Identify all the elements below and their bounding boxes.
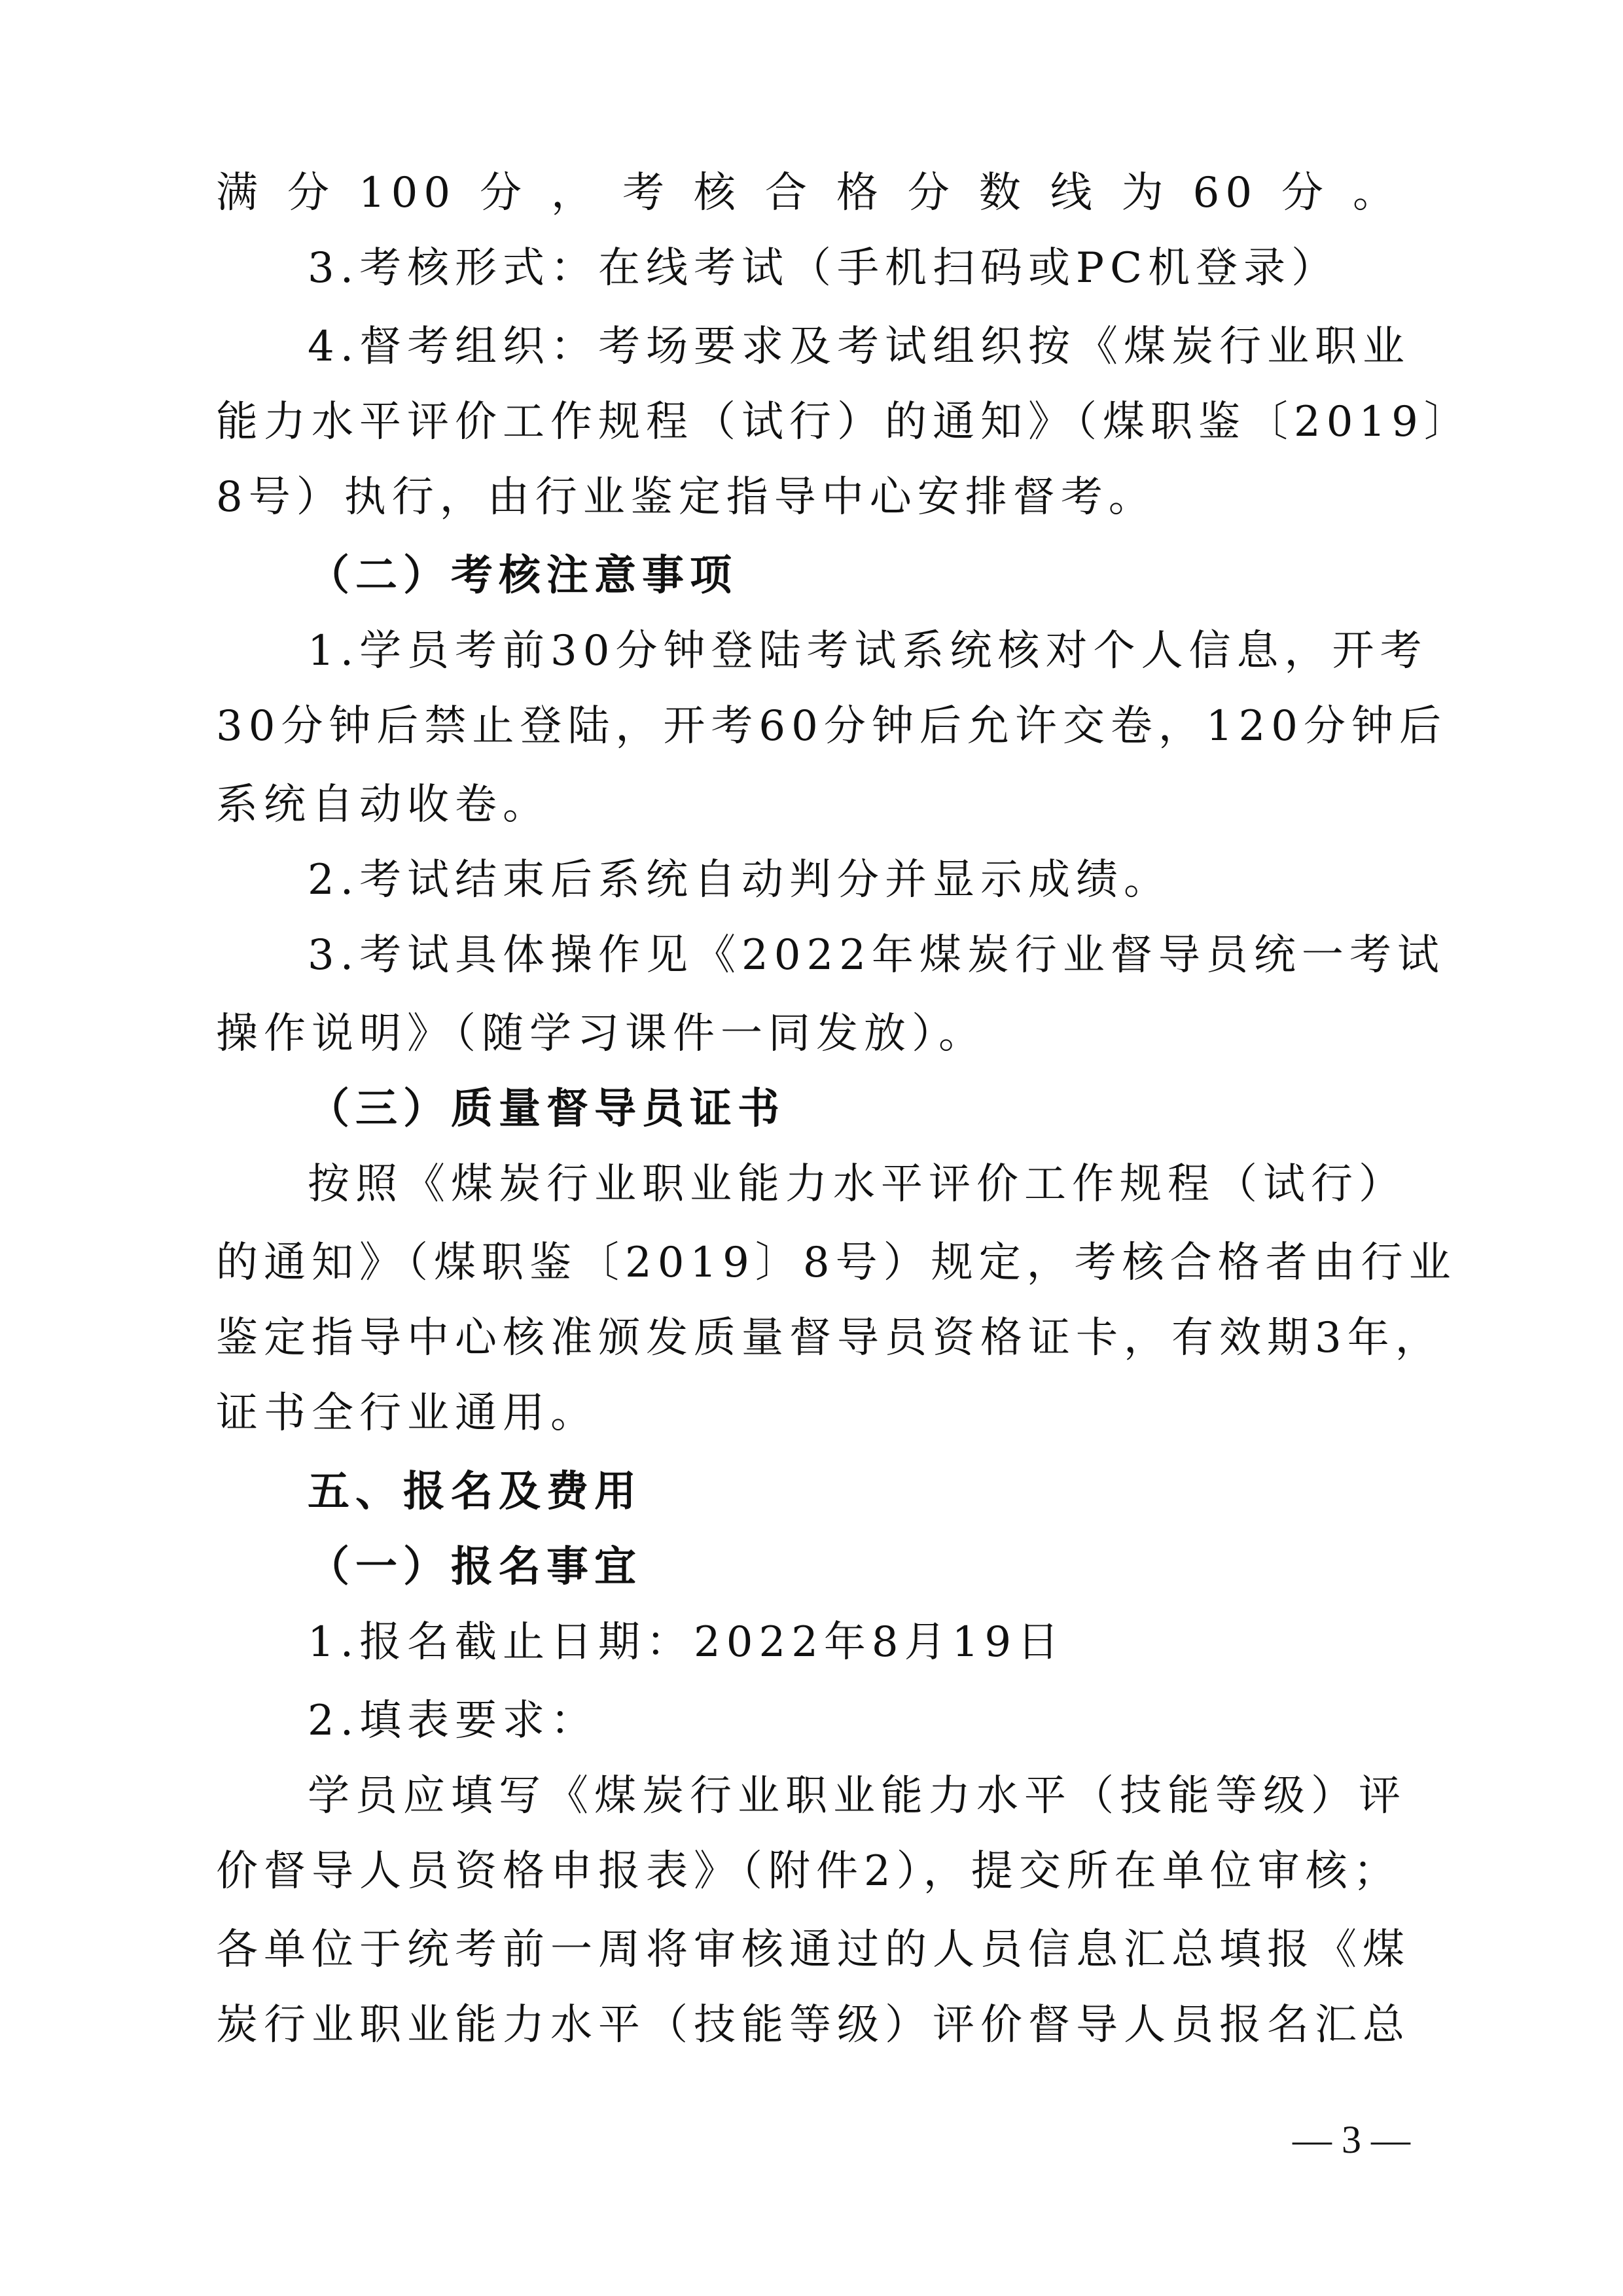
body-text-line: 学员应填写《煤炭行业职业能力水平（技能等级）评 [308, 1770, 1400, 1822]
body-text-line: 价督导人员资格申报表》（附件2），提交所在单位审核； [216, 1845, 1400, 1898]
body-text-line: 证书全行业通用。 [216, 1387, 598, 1439]
body-text-line: 8号）执行，由行业鉴定指导中心安排督考。 [216, 471, 1156, 523]
body-text-line: 炭行业职业能力水平（技能等级）评价督导人员报名汇总 [216, 1999, 1400, 2051]
list-item-operation-guide: 3.考试具体操作见《2022年煤炭行业督导员统一考试 [308, 929, 1445, 981]
body-text-line: 的通知》（煤职鉴〔2019〕8号）规定，考核合格者由行业 [216, 1237, 1400, 1289]
body-text-line: 各单位于统考前一周将审核通过的人员信息汇总填报《煤 [216, 1924, 1400, 1976]
section-heading-certificate: （三）质量督导员证书 [308, 1083, 785, 1135]
list-item-exam-format: 3.考核形式：在线考试（手机扫码或PC机登录） [308, 242, 1339, 294]
body-text-line: 操作说明》（随学习课件一同发放）。 [216, 1008, 986, 1060]
list-item-form-requirements: 2.填表要求： [308, 1695, 598, 1747]
section-heading-registration: （一）报名事宜 [308, 1541, 642, 1593]
body-text-line: 能力水平评价工作规程（试行）的通知》（煤职鉴〔2019〕 [216, 396, 1400, 448]
body-text-line: 30分钟后禁止登陆，开考60分钟后允许交卷，120分钟后 [216, 700, 1400, 752]
document-page: 满分100分，考核合格分数线为60分。 3.考核形式：在线考试（手机扫码或PC机… [0, 0, 1623, 2296]
body-text-line: 按照《煤炭行业职业能力水平评价工作规程（试行） [308, 1158, 1400, 1210]
chapter-heading-registration-fees: 五、报名及费用 [308, 1466, 642, 1518]
list-item-deadline: 1.报名截止日期：2022年8月19日 [308, 1616, 1065, 1669]
list-item-scoring: 2.考试结束后系统自动判分并显示成绩。 [308, 854, 1171, 906]
page-number: — 3 — [1293, 2117, 1410, 2163]
list-item-supervision: 4.督考组织：考场要求及考试组织按《煤炭行业职业 [308, 321, 1410, 373]
body-text-line: 系统自动收卷。 [216, 779, 550, 831]
body-text-line: 鉴定指导中心核准颁发质量督导员资格证卡，有效期3年， [216, 1312, 1400, 1364]
list-item-login-rules: 1.学员考前30分钟登陆考试系统核对个人信息，开考 [308, 625, 1428, 677]
body-text-line: 满分100分，考核合格分数线为60分。 [216, 167, 1400, 219]
section-heading-exam-notes: （二）考核注意事项 [308, 550, 738, 602]
